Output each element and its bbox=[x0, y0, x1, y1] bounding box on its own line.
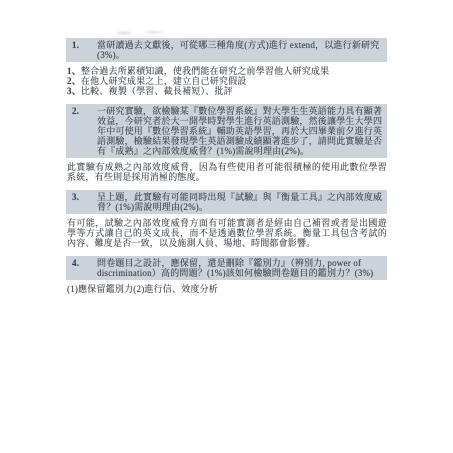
question-3: 3. 呈上題，此實驗有可能同時出現『試驗』與『衡量工具』之內部效度威脅？(1%)… bbox=[66, 190, 387, 214]
answer-1: 1、整合過去所累積知識，使我們能在研究之前學習他人研究成果 2、在他人研究成果之… bbox=[66, 66, 387, 96]
answer-1-line-3: 3、比較、複製（學習、截長補短）、批評 bbox=[67, 86, 387, 96]
answer-2: 此實驗有成熟之內部效度威脅，因為有些使用者可能很積極的使用此數位學習系統，有些則… bbox=[66, 162, 387, 182]
question-3-number: 3. bbox=[72, 192, 97, 212]
answer-4: (1)應保留鑑別力(2)進行信、效度分析 bbox=[66, 284, 387, 294]
answer-1-line-2: 2、在他人研究成果之上，建立自己研究假設 bbox=[67, 76, 387, 86]
scanned-exam-page: 1. 當研讀過去文獻後，可從哪三種角度(方式)進行 extend，以進行新研究(… bbox=[0, 0, 453, 453]
answer-2-paragraph: 此實驗有成熟之內部效度威脅，因為有些使用者可能很積極的使用此數位學習系統，有些則… bbox=[67, 162, 387, 182]
question-2-number: 2. bbox=[72, 106, 97, 156]
answer-1-line-1: 1、整合過去所累積知識，使我們能在研究之前學習他人研究成果 bbox=[67, 66, 387, 76]
question-block-4: 4. 問卷題目之設計，應保留，還是刪除『鑑別力』（辨別力, power of d… bbox=[66, 256, 387, 294]
scan-artifact bbox=[112, 29, 172, 37]
exam-content: 1. 當研讀過去文獻後，可從哪三種角度(方式)進行 extend，以進行新研究(… bbox=[66, 38, 387, 302]
question-4-number: 4. bbox=[72, 258, 97, 278]
question-2: 2. 一研究實驗，欲檢驗某『數位學習系統』對大學生生英語能力具有顯著效益，今研究… bbox=[66, 104, 387, 158]
question-4: 4. 問卷題目之設計，應保留，還是刪除『鑑別力』（辨別力, power of d… bbox=[66, 256, 387, 280]
question-1: 1. 當研讀過去文獻後，可從哪三種角度(方式)進行 extend，以進行新研究(… bbox=[66, 38, 387, 62]
question-block-1: 1. 當研讀過去文獻後，可從哪三種角度(方式)進行 extend，以進行新研究(… bbox=[66, 38, 387, 96]
answer-3-paragraph: 有可能，試驗之內部效度威脅方面有可能實測者是經由自己補習或者是出國遊學等方式讓自… bbox=[67, 218, 387, 248]
question-1-number: 1. bbox=[72, 40, 97, 60]
question-3-text: 呈上題，此實驗有可能同時出現『試驗』與『衡量工具』之內部效度威脅？(1%)需說明… bbox=[97, 192, 384, 212]
answer-3: 有可能，試驗之內部效度威脅方面有可能實測者是經由自己補習或者是出國遊學等方式讓自… bbox=[66, 218, 387, 248]
question-block-3: 3. 呈上題，此實驗有可能同時出現『試驗』與『衡量工具』之內部效度威脅？(1%)… bbox=[66, 190, 387, 248]
question-block-2: 2. 一研究實驗，欲檢驗某『數位學習系統』對大學生生英語能力具有顯著效益，今研究… bbox=[66, 104, 387, 182]
question-4-text: 問卷題目之設計，應保留，還是刪除『鑑別力』（辨別力, power of disc… bbox=[97, 258, 384, 278]
question-2-text: 一研究實驗，欲檢驗某『數位學習系統』對大學生生英語能力具有顯著效益，今研究者於大… bbox=[97, 106, 384, 156]
question-1-text: 當研讀過去文獻後，可從哪三種角度(方式)進行 extend，以進行新研究(3%)… bbox=[97, 40, 384, 60]
answer-4-line: (1)應保留鑑別力(2)進行信、效度分析 bbox=[67, 284, 387, 294]
